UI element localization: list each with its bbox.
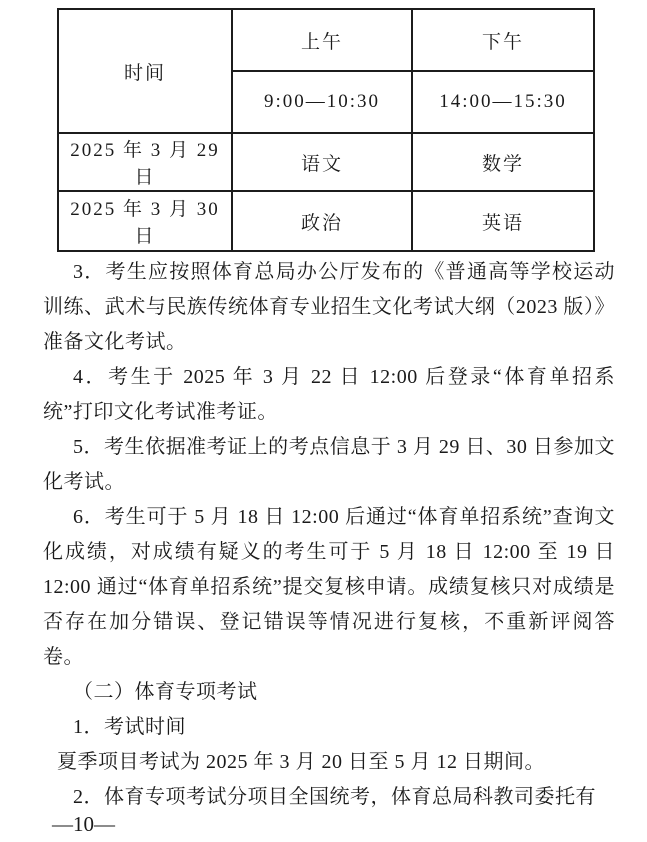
table-cell-afternoon-header: 下午 (412, 9, 594, 71)
subsection-heading-exam-time: 1．考试时间 (43, 710, 615, 745)
table-cell-afternoon-subject: 英语 (412, 191, 594, 251)
page-number: —10— (52, 812, 115, 837)
table-cell-date: 2025 年 3 月 29 日 (58, 133, 232, 191)
table-cell-time-label: 时间 (58, 9, 232, 133)
table-cell-date: 2025 年 3 月 30 日 (58, 191, 232, 251)
paragraph-item-5: 5．考生依据准考证上的考点信息于 3 月 29 日、30 日参加文化考试。 (43, 430, 615, 500)
section-heading-sports-exam: （二）体育专项考试 (43, 675, 615, 710)
paragraph-item-4: 4．考生于 2025 年 3 月 22 日 12:00 后登录“体育单招系统”打… (43, 360, 615, 430)
paragraph-item-6: 6．考生可于 5 月 18 日 12:00 后通过“体育单招系统”查询文化成绩，… (43, 500, 615, 675)
table-header-row: 时间 上午 下午 (58, 9, 594, 71)
table-cell-morning-subject: 政治 (232, 191, 412, 251)
table-cell-afternoon-subject: 数学 (412, 133, 594, 191)
table-cell-afternoon-time: 14:00—15:30 (412, 71, 594, 133)
document-body: 3．考生应按照体育总局办公厅发布的《普通高等学校运动训练、武术与民族传统体育专业… (43, 255, 615, 815)
paragraph-item-3: 3．考生应按照体育总局办公厅发布的《普通高等学校运动训练、武术与民族传统体育专业… (43, 255, 615, 360)
table-row-march-29: 2025 年 3 月 29 日 语文 数学 (58, 133, 594, 191)
table-cell-morning-time: 9:00—10:30 (232, 71, 412, 133)
document-page: 时间 上午 下午 9:00—10:30 14:00—15:30 2025 年 3… (0, 0, 647, 842)
table-row-march-30: 2025 年 3 月 30 日 政治 英语 (58, 191, 594, 251)
paragraph-summer-schedule: 夏季项目考试为 2025 年 3 月 20 日至 5 月 12 日期间。 (43, 745, 615, 780)
table-cell-morning-subject: 语文 (232, 133, 412, 191)
paragraph-item-2-partial: 2．体育专项考试分项目全国统考，体育总局科教司委托有 (43, 780, 615, 815)
exam-schedule-table: 时间 上午 下午 9:00—10:30 14:00—15:30 2025 年 3… (57, 8, 595, 252)
table-cell-morning-header: 上午 (232, 9, 412, 71)
